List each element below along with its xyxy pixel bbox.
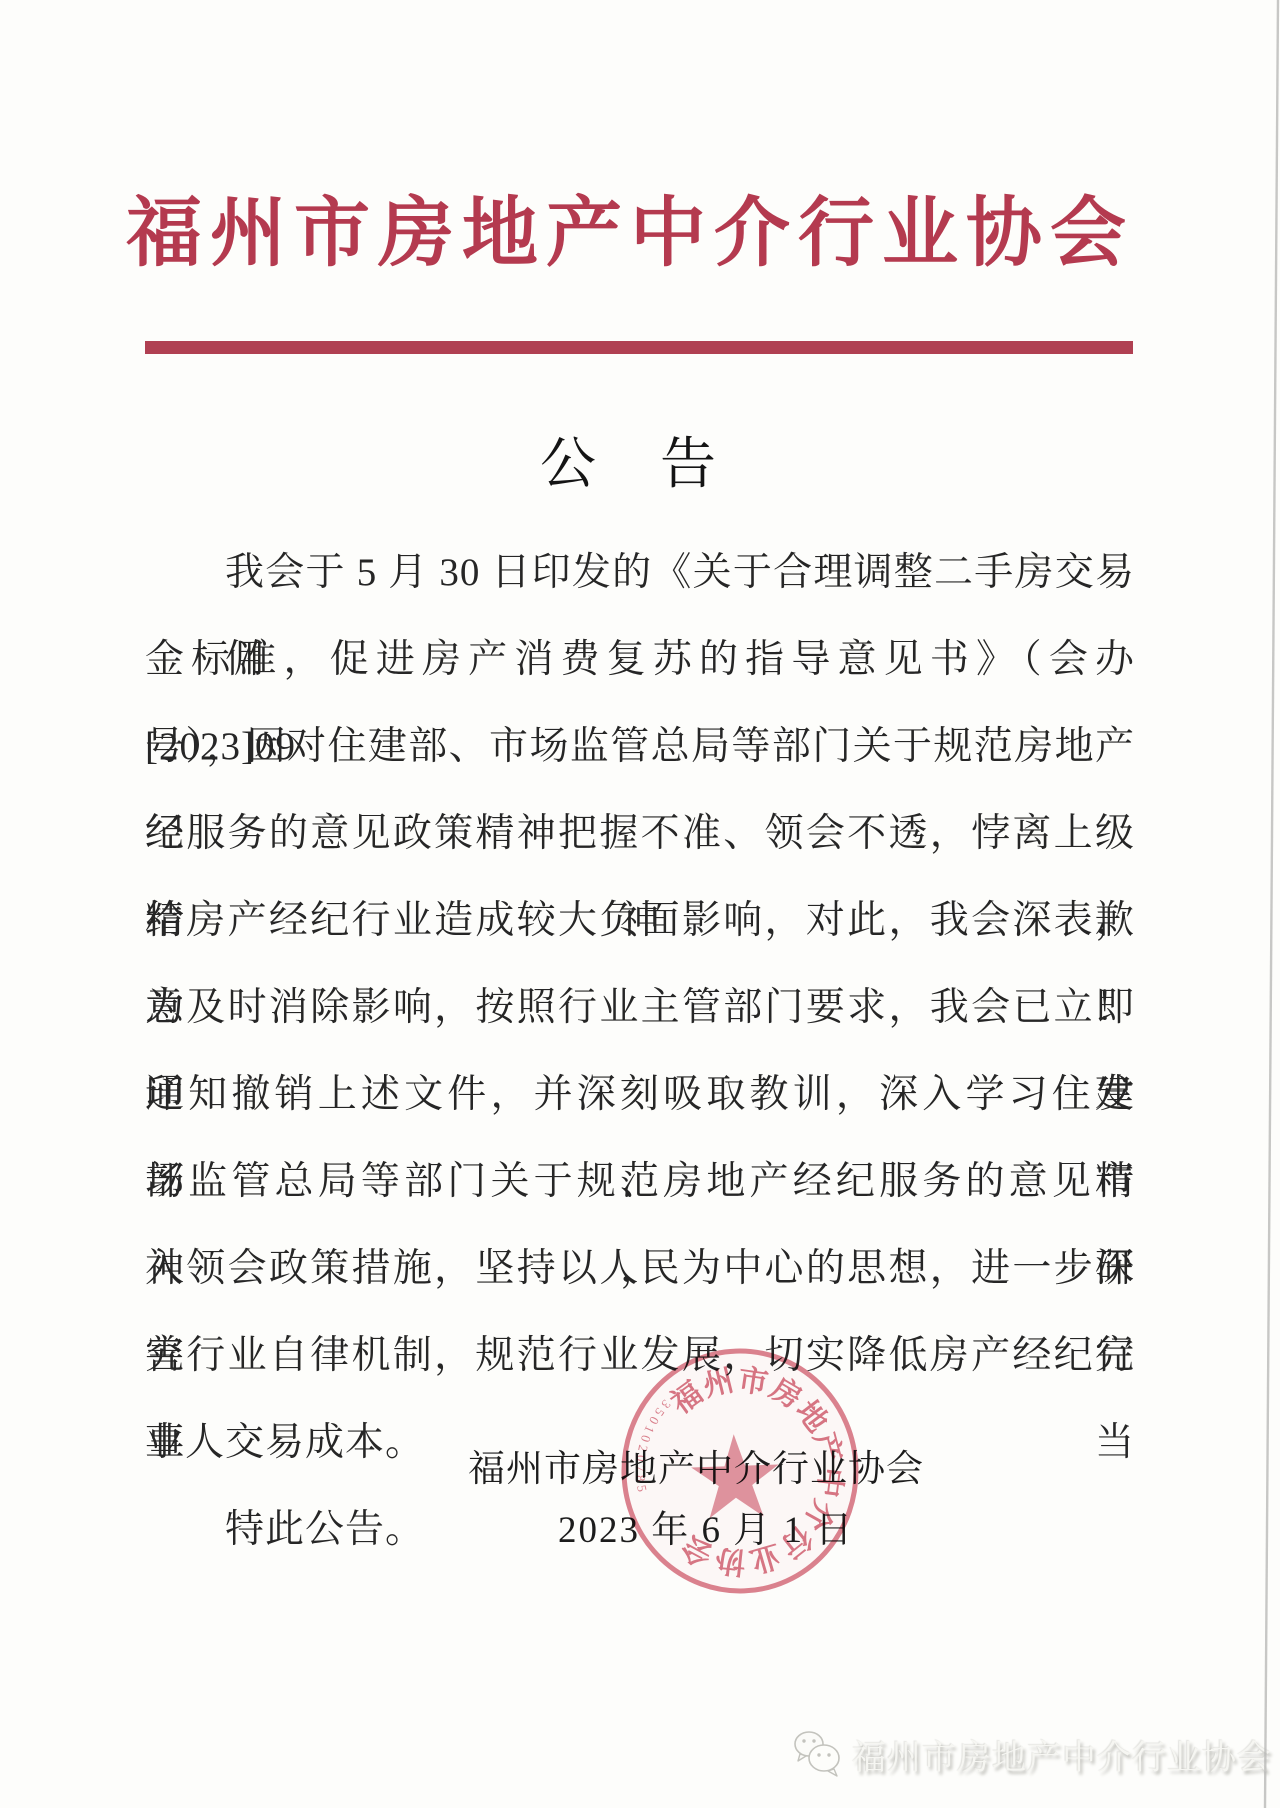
body-line: 给房产经纪行业造成较大负面影响，对此，我会深表歉意！ [145,877,1135,964]
seal-char: 市 [736,1363,770,1400]
body-line: 金标准，促进房产消费复苏的指导意见书》（会办[2023]09 [145,616,1135,703]
seal-char: 协 [713,1542,747,1578]
announcement-page: 福州市房地产中介行业协会 公 告 我会于 5 月 30 日印发的《关于合理调整二… [0,0,1280,1808]
letterhead-rule [145,341,1133,354]
letterhead-org-title: 福州市房地产中介行业协会 [0,172,1260,281]
official-seal: 福 州 市 房 地 产 中 介 行 业 协 会 3501020785 [614,1342,867,1600]
wechat-icon [790,1728,844,1780]
body-line: 纪服务的意见政策精神把握不准、领会不透，悖离上级精神， [145,790,1135,877]
body-line: 号），因对住建部、市场监管总局等部门关于规范房地产经 [145,703,1135,790]
seal-char: 中 [811,1465,847,1499]
body-line: 场监管总局等部门关于规范房地产经纪服务的意见精神，深 [145,1138,1135,1225]
body-line: 我会于 5 月 30 日印发的《关于合理调整二手房交易佣 [145,529,1135,616]
body-line: 通知撤销上述文件，并深刻吸取教训，深入学习住建部、市 [145,1051,1135,1138]
footer-watermark: 福州市房地产中介行业协会 [790,1724,1272,1784]
body-line: 入领会政策措施，坚持以人民为中心的思想，进一步研究完 [145,1225,1135,1312]
watermark-text: 福州市房地产中介行业协会 [852,1730,1272,1779]
document-title: 公 告 [0,420,1260,500]
body-line: 为及时消除影响，按照行业主管部门要求，我会已立即印发 [145,964,1135,1051]
